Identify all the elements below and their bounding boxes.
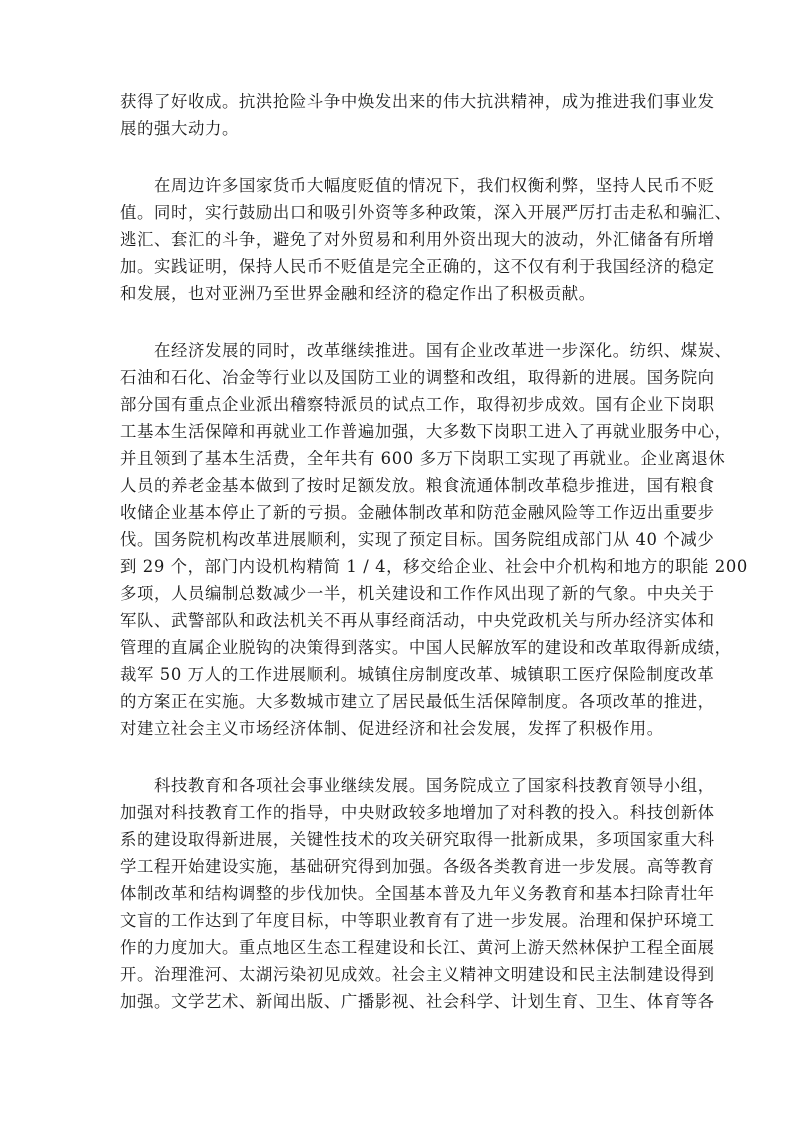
text-line: 体制改革和结构调整的步伐加快。全国基本普及九年义务教育和基本扫除青壮年 (120, 880, 676, 907)
text-line: 石油和石化、冶金等行业以及国防工业的调整和改组，取得新的进展。国务院向 (120, 364, 676, 391)
text-line: 作的力度加大。重点地区生态工程建设和长江、黄河上游天然林保护工程全面展 (120, 934, 676, 961)
text-line: 逃汇、套汇的斗争，避免了对外贸易和利用外资出现大的波动，外汇储备有所增 (120, 226, 676, 253)
text-line: 获得了好收成。抗洪抢险斗争中焕发出来的伟大抗洪精神，成为推进我们事业发 (120, 88, 676, 115)
text-line: 和发展，也对亚洲乃至世界金融和经济的稳定作出了积极贡献。 (120, 280, 676, 307)
text-line: 人员的养老金基本做到了按时足额发放。粮食流通体制改革稳步推进，国有粮食 (120, 472, 676, 499)
text-line: 工基本生活保障和再就业工作普遍加强，大多数下岗职工进入了再就业服务中心， (120, 418, 676, 445)
text-line: 展的强大动力。 (120, 115, 676, 142)
text-line: 并且领到了基本生活费，全年共有 600 多万下岗职工实现了再就业。企业离退休 (120, 445, 676, 472)
text-line: 管理的直属企业脱钩的决策得到落实。中国人民解放军的建设和改革取得新成绩， (120, 634, 676, 661)
text-line: 加强。文学艺术、新闻出版、广播影视、社会科学、计划生育、卫生、体育等各 (120, 988, 676, 1015)
document-page: 获得了好收成。抗洪抢险斗争中焕发出来的伟大抗洪精神，成为推进我们事业发 展的强大… (0, 0, 793, 1122)
paragraph-science-education: 科技教育和各项社会事业继续发展。国务院成立了国家科技教育领导小组， 加强对科技教… (120, 772, 676, 1015)
text-line: 的方案正在实施。大多数城市建立了居民最低生活保障制度。各项改革的推进， (120, 688, 676, 715)
text-line: 到 29 个，部门内设机构精简 1 / 4，移交给企业、社会中介机构和地方的职能… (120, 553, 676, 580)
text-line: 系的建设取得新进展，关键性技术的攻关研究取得一批新成果，多项国家重大科 (120, 826, 676, 853)
text-line: 加强对科技教育工作的指导，中央财政较多地增加了对科教的投入。科技创新体 (120, 799, 676, 826)
document-body: 获得了好收成。抗洪抢险斗争中焕发出来的伟大抗洪精神，成为推进我们事业发 展的强大… (120, 88, 676, 1045)
text-line: 对建立社会主义市场经济体制、促进经济和社会发展，发挥了积极作用。 (120, 715, 676, 742)
text-line: 科技教育和各项社会事业继续发展。国务院成立了国家科技教育领导小组， (120, 772, 676, 799)
text-line: 在经济发展的同时，改革继续推进。国有企业改革进一步深化。纺织、煤炭、 (120, 337, 676, 364)
text-line: 学工程开始建设实施，基础研究得到加强。各级各类教育进一步发展。高等教育 (120, 853, 676, 880)
text-line: 值。同时，实行鼓励出口和吸引外资等多种政策，深入开展严厉打击走私和骗汇、 (120, 199, 676, 226)
text-line: 多项，人员编制总数减少一半，机关建设和工作作风出现了新的气象。中央关于 (120, 580, 676, 607)
paragraph-currency-policy: 在周边许多国家货币大幅度贬值的情况下，我们权衡利弊，坚持人民币不贬 值。同时，实… (120, 172, 676, 307)
text-line: 收储企业基本停止了新的亏损。金融体制改革和防范金融风险等工作迈出重要步 (120, 499, 676, 526)
text-line: 裁军 50 万人的工作进展顺利。城镇住房制度改革、城镇职工医疗保险制度改革 (120, 661, 676, 688)
paragraph-flood-relief: 获得了好收成。抗洪抢险斗争中焕发出来的伟大抗洪精神，成为推进我们事业发 展的强大… (120, 88, 676, 142)
text-line: 伐。国务院机构改革进展顺利，实现了预定目标。国务院组成部门从 40 个减少 (120, 526, 676, 553)
text-line: 部分国有重点企业派出稽察特派员的试点工作，取得初步成效。国有企业下岗职 (120, 391, 676, 418)
paragraph-reform-progress: 在经济发展的同时，改革继续推进。国有企业改革进一步深化。纺织、煤炭、 石油和石化… (120, 337, 676, 742)
text-line: 在周边许多国家货币大幅度贬值的情况下，我们权衡利弊，坚持人民币不贬 (120, 172, 676, 199)
text-line: 开。治理淮河、太湖污染初见成效。社会主义精神文明建设和民主法制建设得到 (120, 961, 676, 988)
text-line: 加。实践证明，保持人民币不贬值是完全正确的，这不仅有利于我国经济的稳定 (120, 253, 676, 280)
text-line: 军队、武警部队和政法机关不再从事经商活动，中央党政机关与所办经济实体和 (120, 607, 676, 634)
text-line: 文盲的工作达到了年度目标，中等职业教育有了进一步发展。治理和保护环境工 (120, 907, 676, 934)
